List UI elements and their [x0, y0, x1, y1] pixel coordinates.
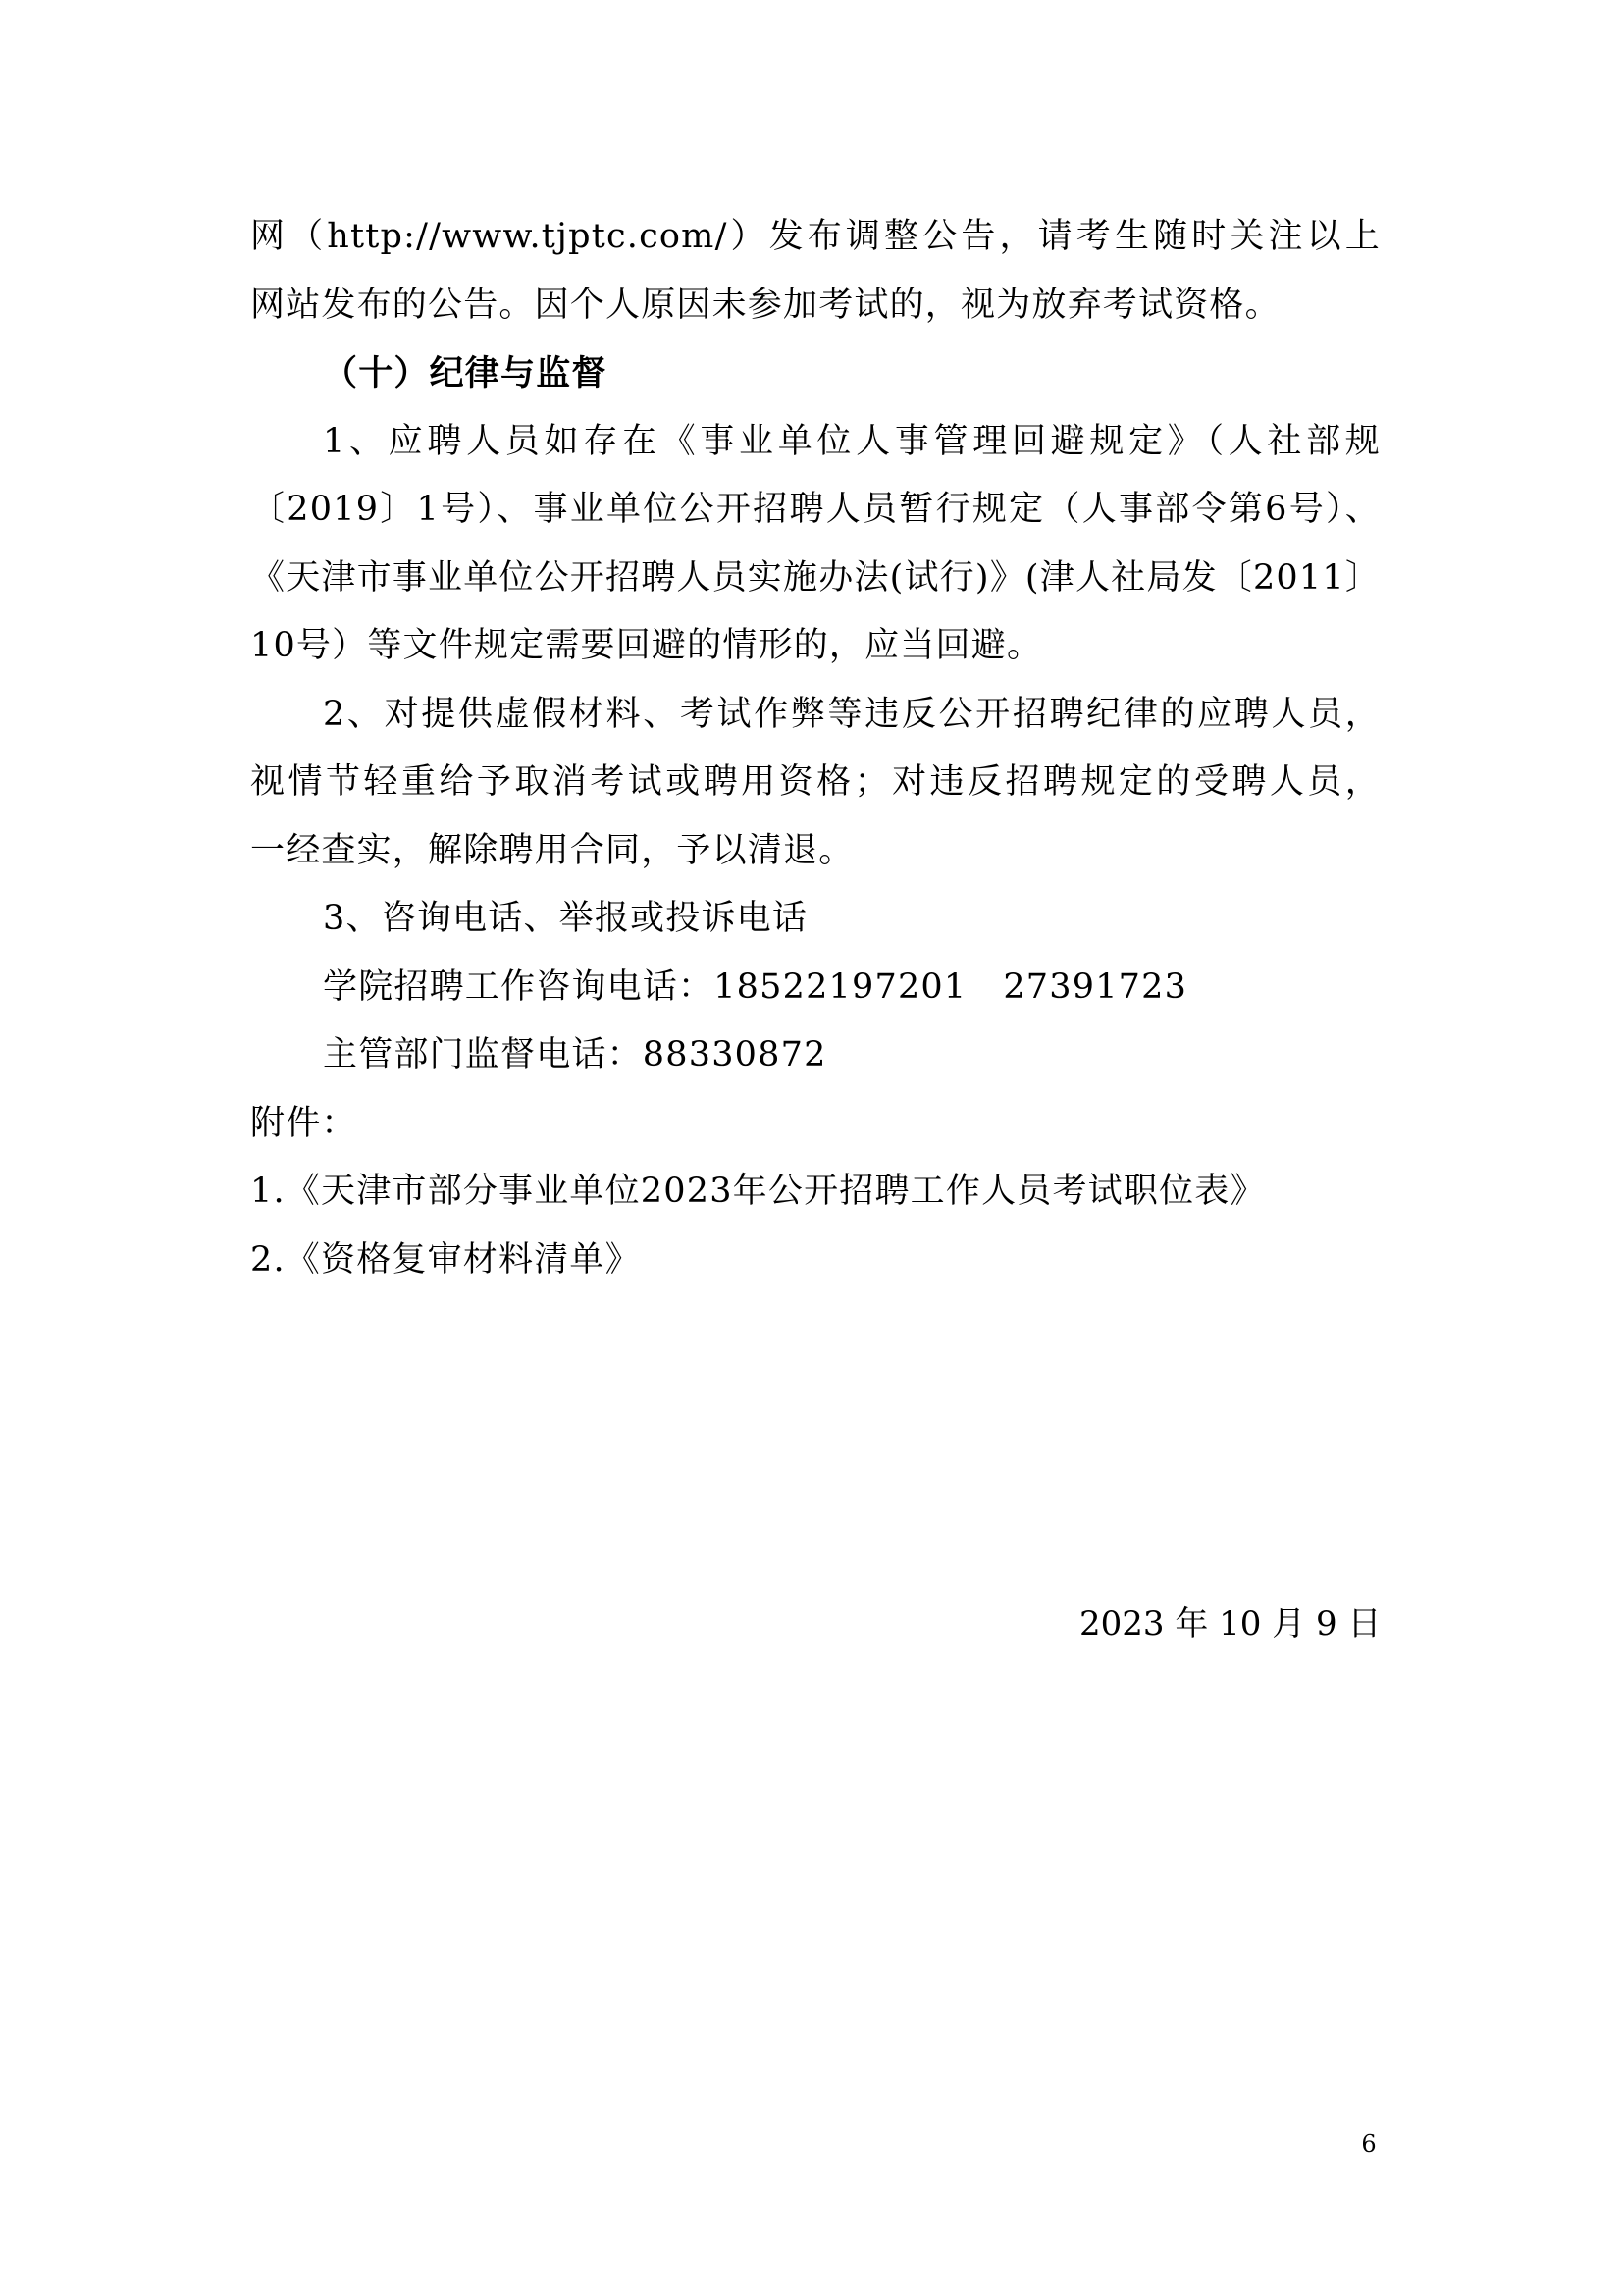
paragraph-line: 1、应聘人员如存在《事业单位人事管理回避规定》（人社部规: [250, 408, 1381, 477]
document-date: 2023 年 10 月 9 日: [1079, 1599, 1370, 1648]
attachment-item: 2.《资格复审材料清单》: [250, 1226, 1381, 1295]
paragraph-line: 2、对提供虚假材料、考试作弊等违反公开招聘纪律的应聘人员，: [250, 681, 1381, 750]
document-body: 网（http://www.tjptc.com/）发布调整公告，请考生随时关注以上…: [250, 203, 1381, 1294]
paragraph-line: 一经查实，解除聘用合同，予以清退。: [250, 817, 1381, 886]
supervision-hotline: 主管部门监督电话：88330872: [250, 1021, 1381, 1090]
paragraph-line: 网站发布的公告。因个人原因未参加考试的，视为放弃考试资格。: [250, 272, 1381, 340]
attachment-item: 1.《天津市部分事业单位2023年公开招聘工作人员考试职位表》: [250, 1158, 1381, 1226]
paragraph-line: 3、咨询电话、举报或投诉电话: [250, 885, 1381, 954]
paragraph-line: 《天津市事业单位公开招聘人员实施办法(试行)》(津人社局发〔2011〕: [250, 545, 1381, 613]
paragraph-line: 10号）等文件规定需要回避的情形的，应当回避。: [250, 612, 1381, 681]
paragraph-line: 〔2019〕1号）、事业单位公开招聘人员暂行规定（人事部令第6号）、: [250, 476, 1381, 545]
document-page: 网（http://www.tjptc.com/）发布调整公告，请考生随时关注以上…: [0, 0, 1624, 2296]
section-heading: （十）纪律与监督: [250, 339, 1381, 408]
page-number: 6: [1354, 2129, 1384, 2159]
college-hotline: 学院招聘工作咨询电话：18522197201 27391723: [250, 954, 1381, 1022]
attachments-label: 附件：: [250, 1090, 1381, 1159]
paragraph-line: 视情节轻重给予取消考试或聘用资格；对违反招聘规定的受聘人员，: [250, 749, 1381, 817]
paragraph-line: 网（http://www.tjptc.com/）发布调整公告，请考生随时关注以上: [250, 203, 1381, 272]
